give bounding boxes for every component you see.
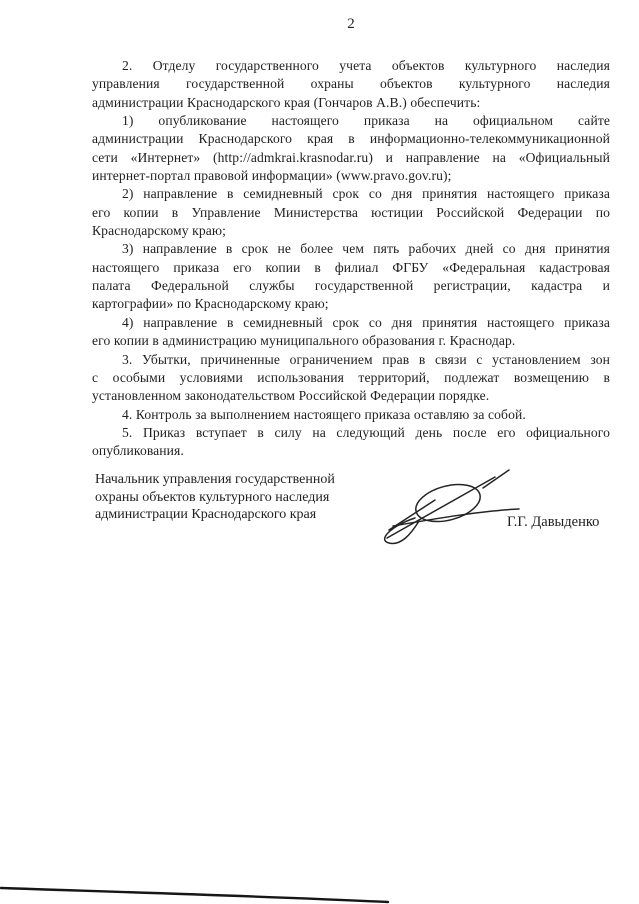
text-line: 4) направление в семидневный срок со дня… [92,314,610,332]
text-line: его копии в Управление Министерства юсти… [92,204,610,222]
paragraph-4: 4. Контроль за выполнением настоящего пр… [92,406,610,424]
paragraph-sub-1: 1) опубликование настоящего приказа на о… [92,112,610,185]
handwritten-signature [373,458,531,548]
paragraph-sub-2: 2) направление в семидневный срок со дня… [92,185,610,240]
text-line: управления государственной охраны объект… [92,75,610,93]
scan-artifact-line [0,882,394,904]
text-line: интернет-портал правовой информации» (ww… [92,167,610,185]
signer-title-line: охраны объектов культурного наследия [95,489,335,507]
signer-title-line: администрации Краснодарского края [95,506,335,524]
paragraph-sub-4: 4) направление в семидневный срок со дня… [92,314,610,351]
document-body: 2. Отделу государственного учета объекто… [92,57,610,461]
text-line: опубликования. [92,442,610,460]
text-line: сети «Интернет» (http://admkrai.krasnoda… [92,149,610,167]
page-number: 2 [92,16,610,33]
text-line: картографии» по Краснодарскому краю; [92,295,610,313]
paragraph-2: 2. Отделу государственного учета объекто… [92,57,610,112]
text-line: с особыми условиями использования террит… [92,369,610,387]
text-line: 2) направление в семидневный срок со дня… [92,185,610,203]
text-line: 2. Отделу государственного учета объекто… [92,57,610,75]
document-page: 2 2. Отделу государственного учета объек… [0,0,639,904]
text-line: 4. Контроль за выполнением настоящего пр… [92,406,610,424]
text-line: 5. Приказ вступает в силу на следующий д… [92,424,610,442]
text-line: его копии в администрацию муниципального… [92,332,610,350]
signer-name: Г.Г. Давыденко [507,514,599,531]
paragraph-5: 5. Приказ вступает в силу на следующий д… [92,424,610,461]
text-line: 3. Убытки, причиненные ограничением прав… [92,351,610,369]
paragraph-sub-3: 3) направление в срок не более чем пять … [92,240,610,313]
signer-title-line: Начальник управления государственной [95,471,335,489]
signer-title: Начальник управления государственной охр… [95,471,335,524]
text-line: 1) опубликование настоящего приказа на о… [92,112,610,130]
text-line: установленном законодательством Российск… [92,387,610,405]
text-line: администрации Краснодарского края в инфо… [92,130,610,148]
text-line: администрации Краснодарского края (Гонча… [92,94,610,112]
text-line: Краснодарскому краю; [92,222,610,240]
text-line: настоящего приказа его копии в филиал ФГ… [92,259,610,277]
paragraph-3: 3. Убытки, причиненные ограничением прав… [92,351,610,406]
text-line: 3) направление в срок не более чем пять … [92,240,610,258]
text-line: палата Федеральной службы государственно… [92,277,610,295]
